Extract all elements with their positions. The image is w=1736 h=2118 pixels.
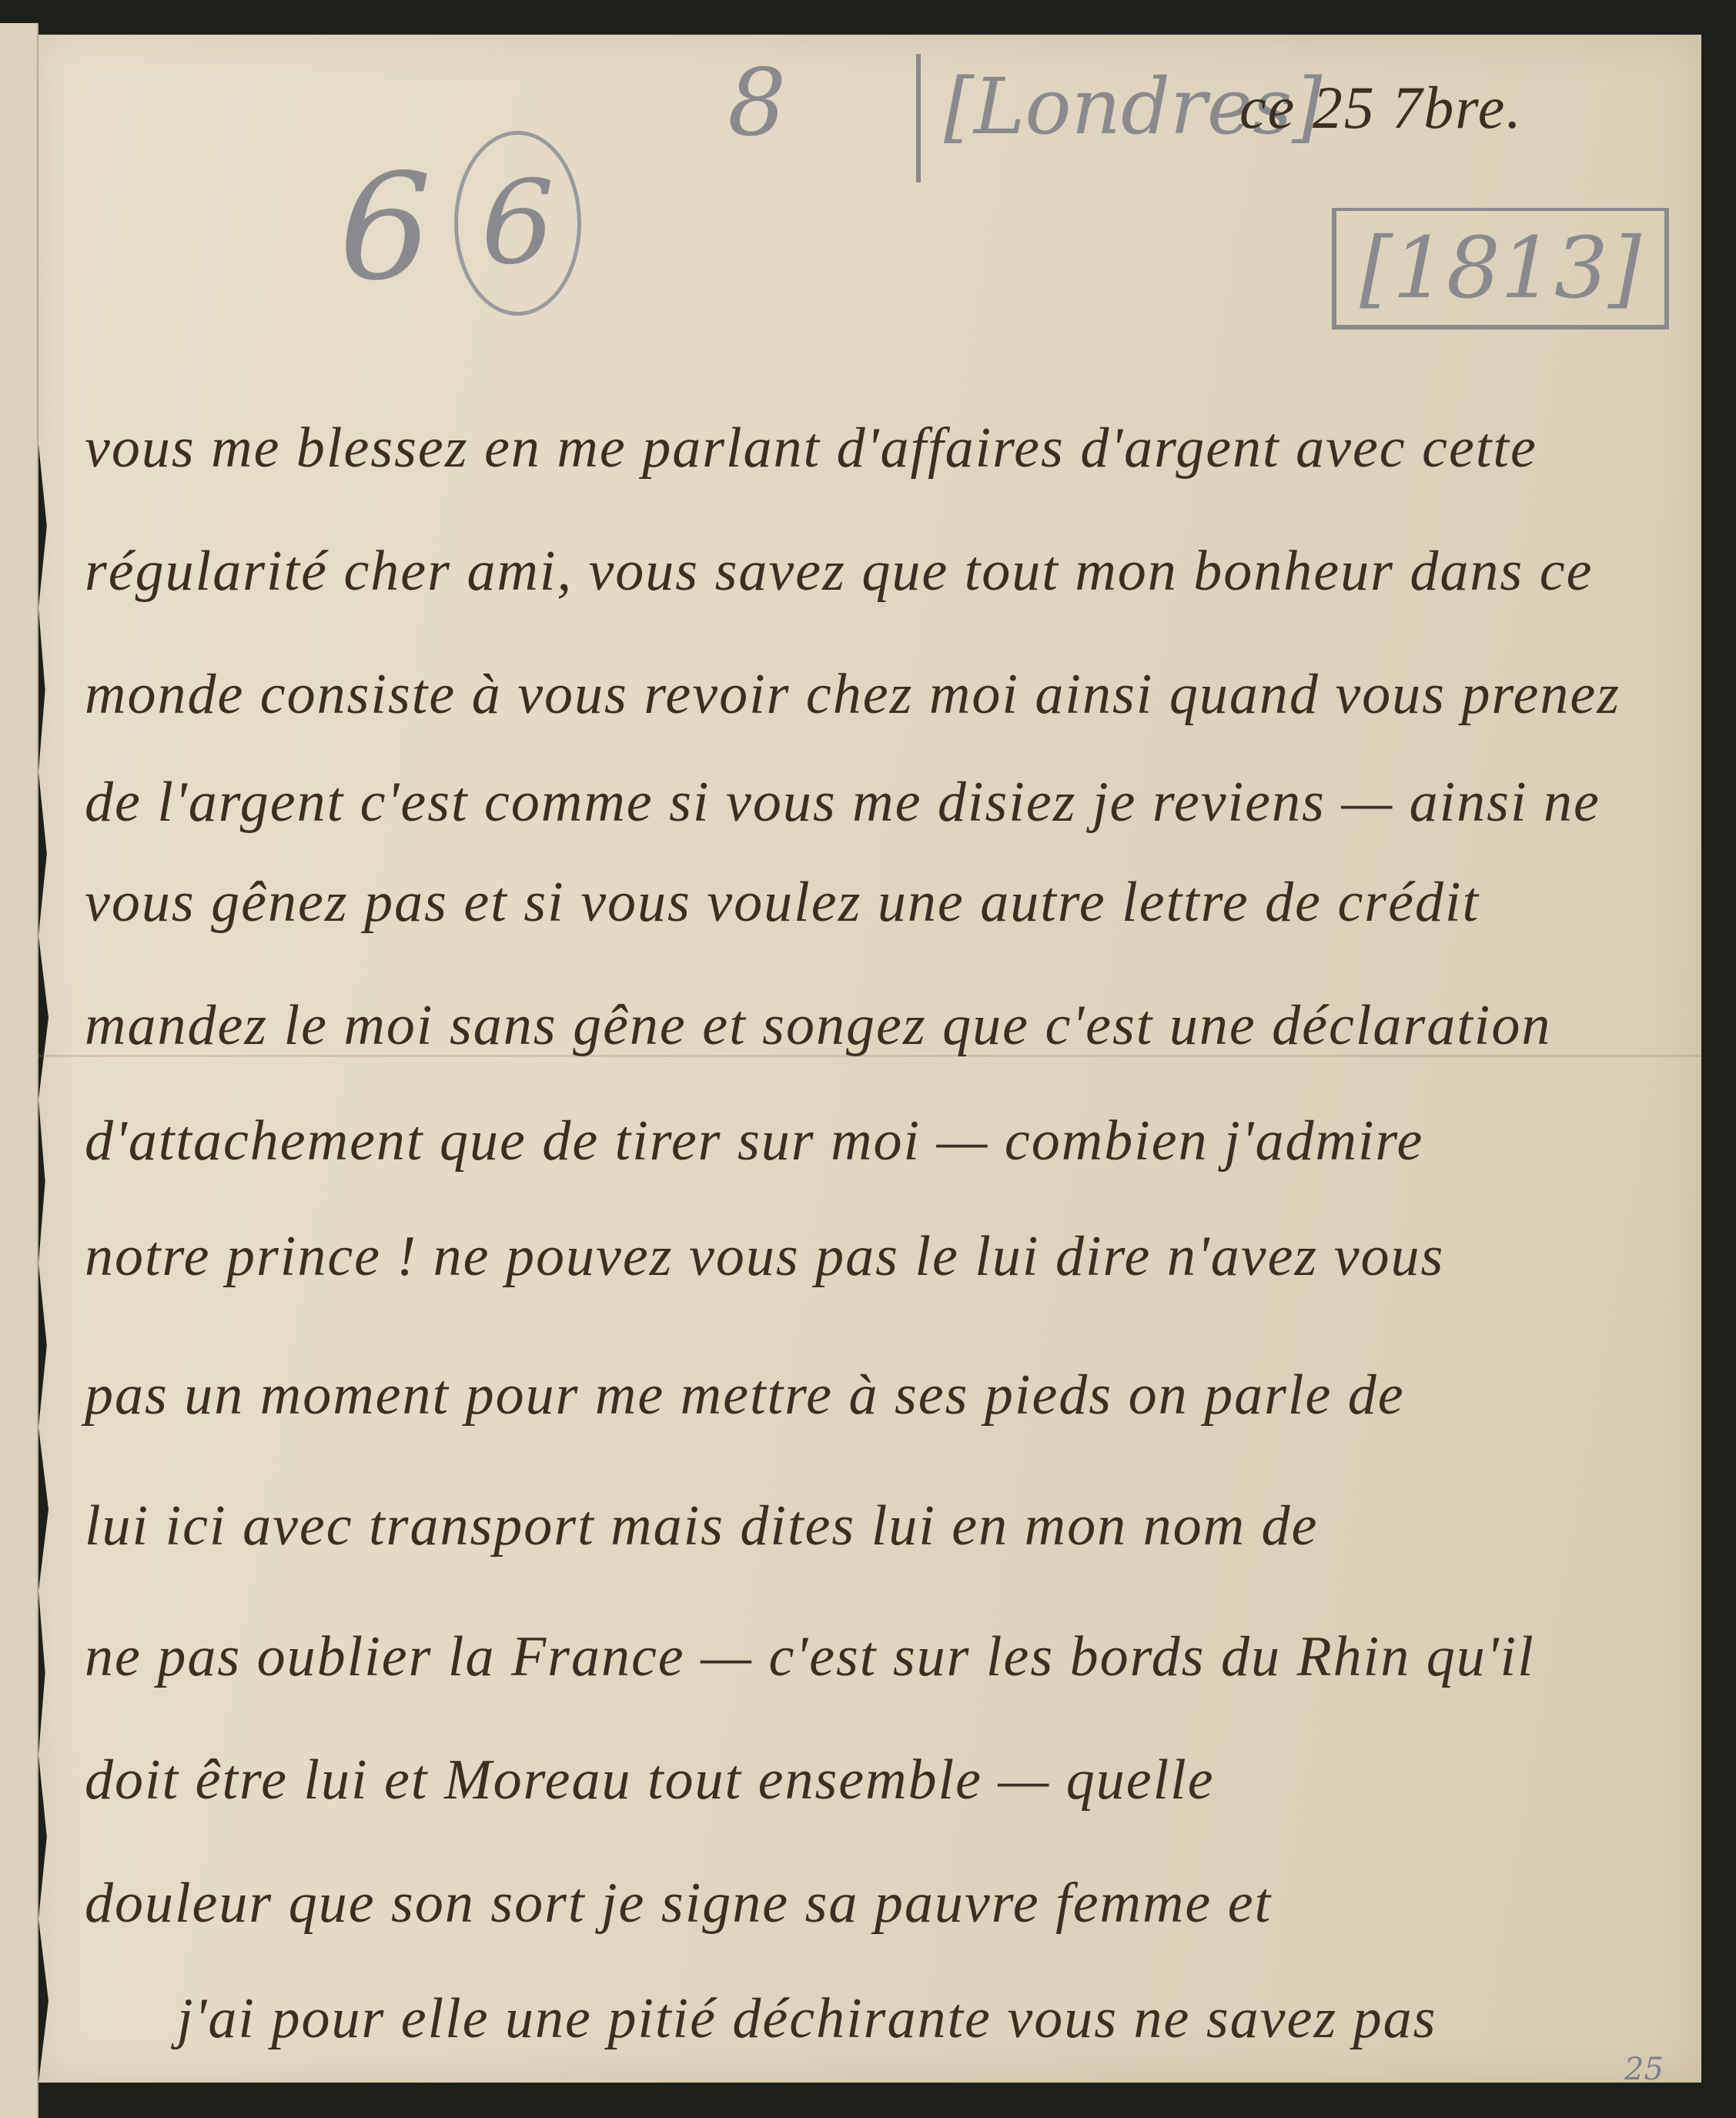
letter-date: ce 25 7bre. <box>1239 73 1523 142</box>
letter-line: d'attachement que de tirer sur moi — com… <box>85 1109 1423 1174</box>
letter-line: douleur que son sort je signe sa pauvre … <box>85 1871 1272 1936</box>
pencil-annotation-number-small: 8 <box>728 50 786 157</box>
letter-line: doit être lui et Moreau tout ensemble — … <box>85 1748 1215 1813</box>
pencil-annotation-year: [1813] <box>1332 208 1669 330</box>
letter-line: ne pas oublier la France — c'est sur les… <box>85 1624 1535 1690</box>
adjacent-sheet-edge <box>0 23 38 2118</box>
letter-line: régularité cher ami, vous savez que tout… <box>85 539 1593 604</box>
letter-line: lui ici avec transport mais dites lui en… <box>85 1494 1318 1559</box>
letter-line-text: de l'argent c'est comme si vous me disie… <box>85 771 1601 834</box>
letter-line: vous gênez pas et si vous voulez une aut… <box>85 870 1480 935</box>
letter-line: mandez le moi sans gêne et songez que c'… <box>85 993 1551 1059</box>
letter-line: monde consiste à vous revoir chez moi ai… <box>85 662 1621 728</box>
pencil-annotation-number: 6 <box>339 142 432 313</box>
letter-line: de l'argent c'est comme si vous me disie… <box>85 770 1601 835</box>
letter-line: pas un moment pour me mettre à ses pieds… <box>85 1363 1405 1428</box>
letter-line: notre prince ! ne pouvez vous pas le lui… <box>85 1224 1444 1290</box>
folio-number: 25 <box>1624 2052 1664 2087</box>
letter-line: j'ai pour elle une pitié déchirante vous… <box>177 1986 1437 2052</box>
letter-line: vous me blessez en me parlant d'affaires… <box>85 416 1537 481</box>
pencil-annotation-circled-number: 6 <box>454 131 581 316</box>
